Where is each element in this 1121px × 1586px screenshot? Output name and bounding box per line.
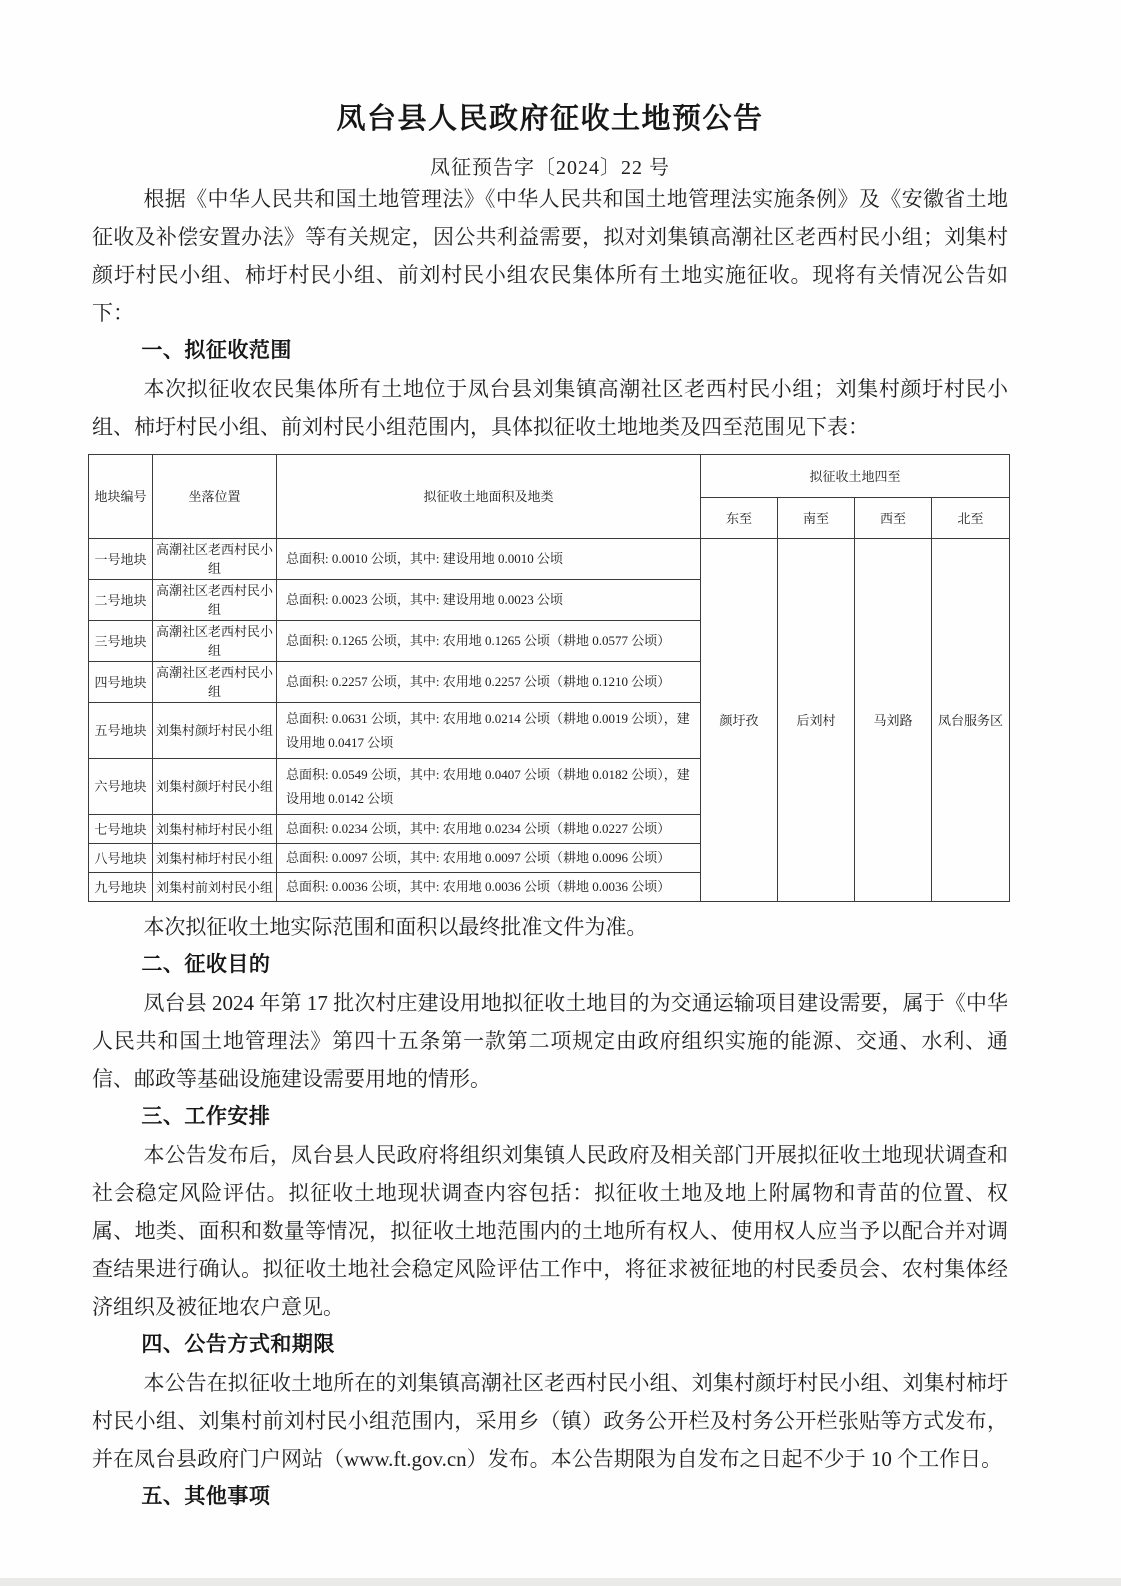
bounds-north-cell: 凤台服务区 xyxy=(932,539,1010,902)
section-1-heading: 一、拟征收范围 xyxy=(92,332,1008,370)
plot-no-cell: 九号地块 xyxy=(89,873,153,902)
col-header-bounds: 拟征收土地四至 xyxy=(701,455,1010,498)
location-cell: 刘集村柿圩村民小组 xyxy=(153,844,277,873)
section-1-paragraph: 本次拟征收农民集体所有土地位于凤台县刘集镇高潮社区老西村民小组；刘集村颜圩村民小… xyxy=(92,370,1008,446)
area-cell: 总面积: 0.0549 公顷，其中: 农用地 0.0407 公顷（耕地 0.01… xyxy=(277,759,701,815)
land-plots-table: 地块编号 坐落位置 拟征收土地面积及地类 拟征收土地四至 东至 南至 西至 北至… xyxy=(88,454,1010,902)
location-cell: 刘集村前刘村民小组 xyxy=(153,873,277,902)
area-cell: 总面积: 0.0097 公顷，其中: 农用地 0.0097 公顷（耕地 0.00… xyxy=(277,844,701,873)
plot-no-cell: 二号地块 xyxy=(89,580,153,621)
area-cell: 总面积: 0.0010 公顷，其中: 建设用地 0.0010 公顷 xyxy=(277,539,701,580)
section-3-paragraph: 本公告发布后，凤台县人民政府将组织刘集镇人民政府及相关部门开展拟征收土地现状调查… xyxy=(92,1136,1008,1326)
page-title: 凤台县人民政府征收土地预公告 xyxy=(92,96,1008,137)
plot-no-cell: 六号地块 xyxy=(89,759,153,815)
location-cell: 高潮社区老西村民小组 xyxy=(153,539,277,580)
col-header-east: 东至 xyxy=(701,498,778,539)
area-cell: 总面积: 0.0023 公顷，其中: 建设用地 0.0023 公顷 xyxy=(277,580,701,621)
document-content: 凤台县人民政府征收土地预公告 凤征预告字〔2024〕22 号 根据《中华人民共和… xyxy=(0,0,1121,1516)
section-5-heading: 五、其他事项 xyxy=(92,1478,1008,1516)
plot-no-cell: 八号地块 xyxy=(89,844,153,873)
location-cell: 刘集村颜圩村民小组 xyxy=(153,759,277,815)
col-header-west: 西至 xyxy=(855,498,932,539)
area-cell: 总面积: 0.1265 公顷，其中: 农用地 0.1265 公顷（耕地 0.05… xyxy=(277,621,701,662)
doc-number: 凤征预告字〔2024〕22 号 xyxy=(92,151,1008,180)
location-cell: 刘集村颜圩村民小组 xyxy=(153,703,277,759)
col-header-south: 南至 xyxy=(778,498,855,539)
location-cell: 高潮社区老西村民小组 xyxy=(153,580,277,621)
table-note-paragraph: 本次拟征收土地实际范围和面积以最终批准文件为准。 xyxy=(92,908,1008,946)
col-header-plot-no: 地块编号 xyxy=(89,455,153,539)
bounds-south-cell: 后刘村 xyxy=(778,539,855,902)
section-3-heading: 三、工作安排 xyxy=(92,1098,1008,1136)
col-header-north: 北至 xyxy=(932,498,1010,539)
bounds-east-cell: 颜圩孜 xyxy=(701,539,778,902)
area-cell: 总面积: 0.2257 公顷，其中: 农用地 0.2257 公顷（耕地 0.12… xyxy=(277,662,701,703)
area-cell: 总面积: 0.0234 公顷，其中: 农用地 0.0234 公顷（耕地 0.02… xyxy=(277,815,701,844)
location-cell: 刘集村柿圩村民小组 xyxy=(153,815,277,844)
table-row: 一号地块 高潮社区老西村民小组 总面积: 0.0010 公顷，其中: 建设用地 … xyxy=(89,539,1010,580)
section-2-paragraph: 凤台县 2024 年第 17 批次村庄建设用地拟征收土地目的为交通运输项目建设需… xyxy=(92,984,1008,1098)
plot-no-cell: 一号地块 xyxy=(89,539,153,580)
bounds-west-cell: 马刘路 xyxy=(855,539,932,902)
section-4-paragraph: 本公告在拟征收土地所在的刘集镇高潮社区老西村民小组、刘集村颜圩村民小组、刘集村柿… xyxy=(92,1364,1008,1478)
location-cell: 高潮社区老西村民小组 xyxy=(153,662,277,703)
col-header-area: 拟征收土地面积及地类 xyxy=(277,455,701,539)
intro-paragraph: 根据《中华人民共和国土地管理法》《中华人民共和国土地管理法实施条例》及《安徽省土… xyxy=(92,180,1008,332)
document-page: 凤台县人民政府征收土地预公告 凤征预告字〔2024〕22 号 根据《中华人民共和… xyxy=(0,0,1121,1586)
plot-no-cell: 四号地块 xyxy=(89,662,153,703)
plot-no-cell: 七号地块 xyxy=(89,815,153,844)
area-cell: 总面积: 0.0036 公顷，其中: 农用地 0.0036 公顷（耕地 0.00… xyxy=(277,873,701,902)
plot-no-cell: 五号地块 xyxy=(89,703,153,759)
section-4-heading: 四、公告方式和期限 xyxy=(92,1326,1008,1364)
plot-no-cell: 三号地块 xyxy=(89,621,153,662)
section-2-heading: 二、征收目的 xyxy=(92,946,1008,984)
area-cell: 总面积: 0.0631 公顷，其中: 农用地 0.0214 公顷（耕地 0.00… xyxy=(277,703,701,759)
col-header-location: 坐落位置 xyxy=(153,455,277,539)
location-cell: 高潮社区老西村民小组 xyxy=(153,621,277,662)
